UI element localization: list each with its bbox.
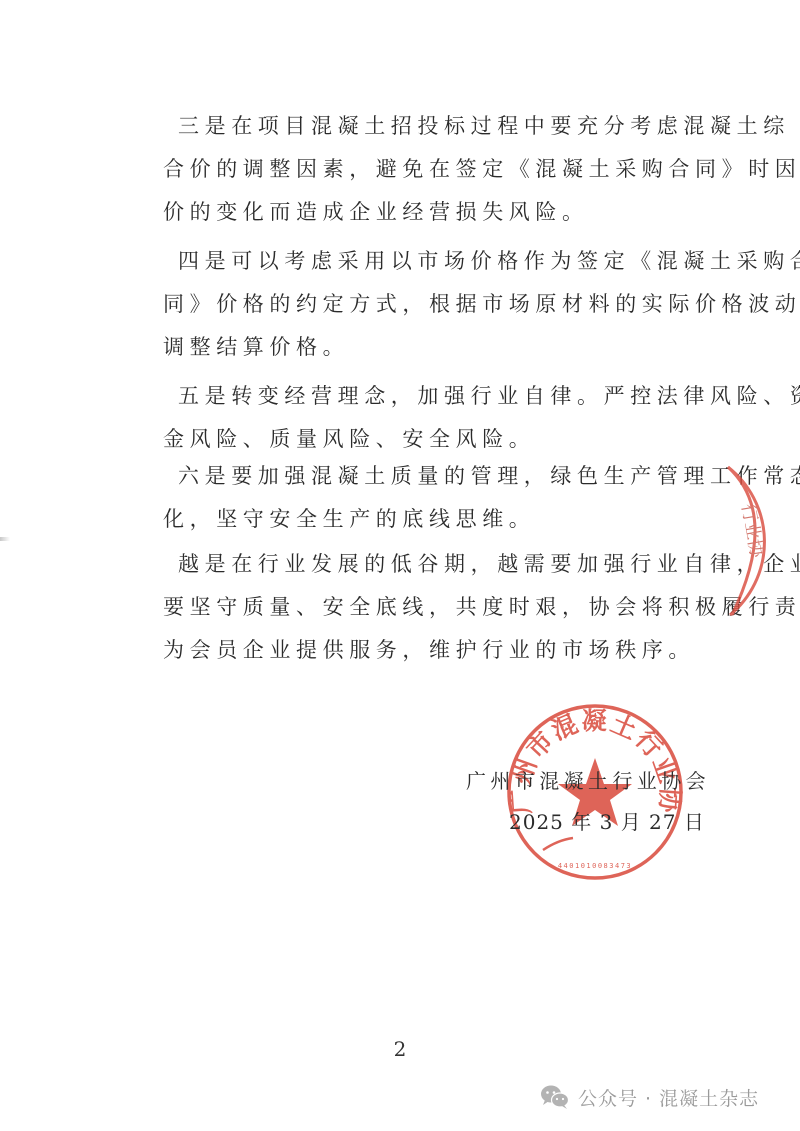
- paragraph-item-3-line-3: 价的变化而造成企业经营损失风险。: [163, 200, 683, 224]
- paragraph-item-4-line-1: 四是可以考虑采用以市场价格作为签定《混凝土采购合: [178, 249, 698, 273]
- paragraph-closing-line-2: 要坚守质量、安全底线，共度时艰，协会将积极履行责任，: [163, 595, 683, 619]
- paragraph-item-3-line-1: 三是在项目混凝土招投标过程中要充分考虑混凝土综: [178, 114, 698, 138]
- svg-text:4401010083473: 4401010083473: [558, 862, 632, 870]
- signature-date: 2025 年 3 月 27 日: [509, 806, 705, 835]
- signature-organization: 广州市混凝土行业协会: [466, 765, 710, 794]
- paragraph-item-5-line-1: 五是转变经营理念，加强行业自律。严控法律风险、资: [178, 384, 698, 408]
- partial-seal-edge-icon: 行业协: [720, 455, 800, 625]
- scan-artifact: [0, 537, 10, 541]
- paragraph-item-4-line-2: 同》价格的约定方式，根据市场原材料的实际价格波动及时: [163, 292, 683, 316]
- paragraph-item-6-line-2: 化，坚守安全生产的底线思维。: [163, 507, 683, 531]
- paragraph-item-5-line-2: 金风险、质量风险、安全风险。: [163, 427, 683, 451]
- paragraph-item-4-line-3: 调整结算价格。: [163, 335, 683, 359]
- wechat-watermark: 公众号 · 混凝土杂志: [540, 1082, 759, 1112]
- paragraph-closing-line-1: 越是在行业发展的低谷期，越需要加强行业自律，企业: [178, 552, 698, 576]
- svg-text:行业协: 行业协: [737, 502, 767, 560]
- paragraph-item-6-line-1: 六是要加强混凝土质量的管理，绿色生产管理工作常态: [178, 464, 698, 488]
- watermark-text: 公众号 · 混凝土杂志: [578, 1084, 759, 1111]
- paragraph-closing-line-3: 为会员企业提供服务，维护行业的市场秩序。: [163, 638, 683, 662]
- paragraph-item-3-line-2: 合价的调整因素，避免在签定《混凝土采购合同》时因综合: [163, 157, 683, 181]
- wechat-icon: [540, 1084, 570, 1110]
- page-number: 2: [0, 1037, 800, 1061]
- document-page: 三是在项目混凝土招投标过程中要充分考虑混凝土综 合价的调整因素，避免在签定《混凝…: [0, 0, 800, 1131]
